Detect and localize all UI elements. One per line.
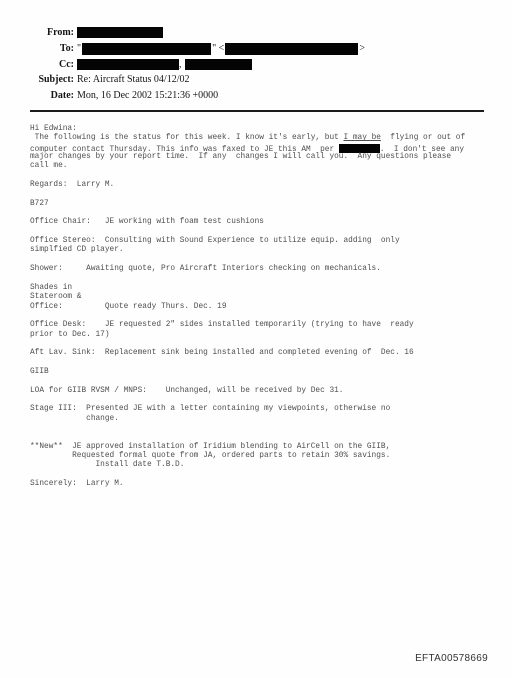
body-text: flying or out of (381, 134, 465, 142)
body-text: LOA for GIIB RVSM / MNPS: Unchanged, wil… (30, 387, 344, 395)
email-body-line (30, 359, 490, 368)
email-body-line: simplfied CD player. (30, 246, 490, 255)
body-text: prior to Dec. 17) (30, 331, 110, 339)
body-text: Shower: Awaiting quote, Pro Aircraft Int… (30, 265, 381, 273)
body-text: simplfied CD player. (30, 246, 124, 254)
body-text: Office Stereo: Consulting with Sound Exp… (30, 237, 400, 245)
email-body-line: Office Chair: JE working with foam test … (30, 218, 490, 227)
email-body-line (30, 471, 490, 480)
to-label: To: (30, 43, 74, 54)
body-text: Office Desk: JE requested 2" sides insta… (30, 321, 414, 329)
email-body-line: Office: Quote ready Thurs. Dec. 19 (30, 303, 490, 312)
body-text: Stateroom & (30, 293, 81, 301)
email-body-line (30, 340, 490, 349)
email-body-line: Aft Lav. Sink: Replacement sink being in… (30, 349, 490, 358)
body-text: Regards: Larry M. (30, 181, 114, 189)
body-text: Stage III: Presented JE with a letter co… (30, 405, 390, 413)
cc-value: , (77, 59, 252, 70)
from-label: From: (30, 27, 74, 38)
email-body-line (30, 433, 490, 442)
email-body-line (30, 312, 490, 321)
body-text: The following is the status for this wee… (30, 134, 344, 142)
email-body-line (30, 275, 490, 284)
body-text: Office Chair: JE working with foam test … (30, 218, 264, 226)
email-body-line (30, 256, 490, 265)
email-body-line (30, 209, 490, 218)
email-body-line: The following is the status for this wee… (30, 134, 490, 143)
email-body-line: LOA for GIIB RVSM / MNPS: Unchanged, wil… (30, 387, 490, 396)
body-text: Aft Lav. Sink: Replacement sink being in… (30, 349, 414, 357)
from-value (77, 27, 163, 38)
to-angle-close: > (359, 43, 365, 54)
email-body: Hi Edwina: The following is the status f… (30, 125, 490, 489)
email-header: From: To: " " < > Cc: , Subjec (30, 25, 470, 103)
header-row-cc: Cc: , (30, 56, 470, 72)
redaction-bar (185, 59, 252, 70)
email-body-line: Shower: Awaiting quote, Pro Aircraft Int… (30, 265, 490, 274)
email-body-line: prior to Dec. 17) (30, 331, 490, 340)
email-body-line: major changes by your report time. If an… (30, 153, 490, 162)
email-body-line: Hi Edwina: (30, 125, 490, 134)
email-body-line: Sincerely: Larry M. (30, 480, 490, 489)
to-open-quote: " (77, 43, 81, 54)
body-text: GIIB (30, 368, 49, 376)
redaction-bar (77, 59, 179, 70)
header-row-subject: Subject: Re: Aircraft Status 04/12/02 (30, 72, 470, 88)
header-row-to: To: " " < > (30, 41, 470, 57)
bates-number: EFTA00578669 (415, 653, 488, 664)
cc-label: Cc: (30, 59, 74, 70)
email-body-line: Regards: Larry M. (30, 181, 490, 190)
email-body-line: Shades in (30, 284, 490, 293)
cc-comma: , (179, 59, 182, 70)
body-text: Hi Edwina: (30, 125, 77, 133)
header-row-date: Date: Mon, 16 Dec 2002 15:21:36 +0000 (30, 88, 470, 104)
date-value: Mon, 16 Dec 2002 15:21:36 +0000 (77, 90, 218, 101)
redaction-bar (77, 27, 163, 38)
subject-label: Subject: (30, 74, 74, 85)
email-body-line (30, 172, 490, 181)
email-body-line (30, 190, 490, 199)
body-text: B727 (30, 200, 49, 208)
body-text: major changes by your report time. If an… (30, 153, 451, 161)
email-body-line (30, 424, 490, 433)
redaction-bar (225, 43, 358, 55)
email-body-line: B727 (30, 200, 490, 209)
header-divider (30, 110, 484, 112)
body-text: change. (30, 415, 119, 423)
redaction-bar (82, 43, 211, 55)
email-body-line: **New** JE approved installation of Irid… (30, 443, 490, 452)
body-text: call me. (30, 162, 67, 170)
email-body-line: Office Stereo: Consulting with Sound Exp… (30, 237, 490, 246)
email-body-line: call me. (30, 162, 490, 171)
date-label: Date: (30, 90, 74, 101)
to-close-quote: " < (212, 43, 224, 54)
body-text: Office: Quote ready Thurs. Dec. 19 (30, 303, 227, 311)
underlined-text: I may be (344, 134, 381, 142)
body-text: **New** JE approved installation of Irid… (30, 443, 390, 451)
body-text: Requested formal quote from JA, ordered … (30, 452, 390, 460)
email-body-line: computer contact Thursday. This info was… (30, 144, 490, 153)
header-row-from: From: (30, 25, 470, 41)
email-body-line (30, 396, 490, 405)
body-text: Shades in (30, 284, 72, 292)
email-body-line: Install date T.B.D. (30, 461, 490, 470)
email-document-page: From: To: " " < > Cc: , Subjec (0, 0, 512, 678)
email-body-line (30, 228, 490, 237)
email-body-line: Stage III: Presented JE with a letter co… (30, 405, 490, 414)
email-body-line: change. (30, 415, 490, 424)
body-text: Install date T.B.D. (30, 461, 184, 469)
email-body-line: Office Desk: JE requested 2" sides insta… (30, 321, 490, 330)
email-body-line: Stateroom & (30, 293, 490, 302)
subject-value: Re: Aircraft Status 04/12/02 (77, 74, 190, 85)
to-value: " " < > (77, 43, 365, 55)
redaction-bar (339, 144, 380, 153)
email-body-line: GIIB (30, 368, 490, 377)
email-body-line (30, 377, 490, 386)
email-body-line: Requested formal quote from JA, ordered … (30, 452, 490, 461)
body-text: Sincerely: Larry M. (30, 480, 124, 488)
